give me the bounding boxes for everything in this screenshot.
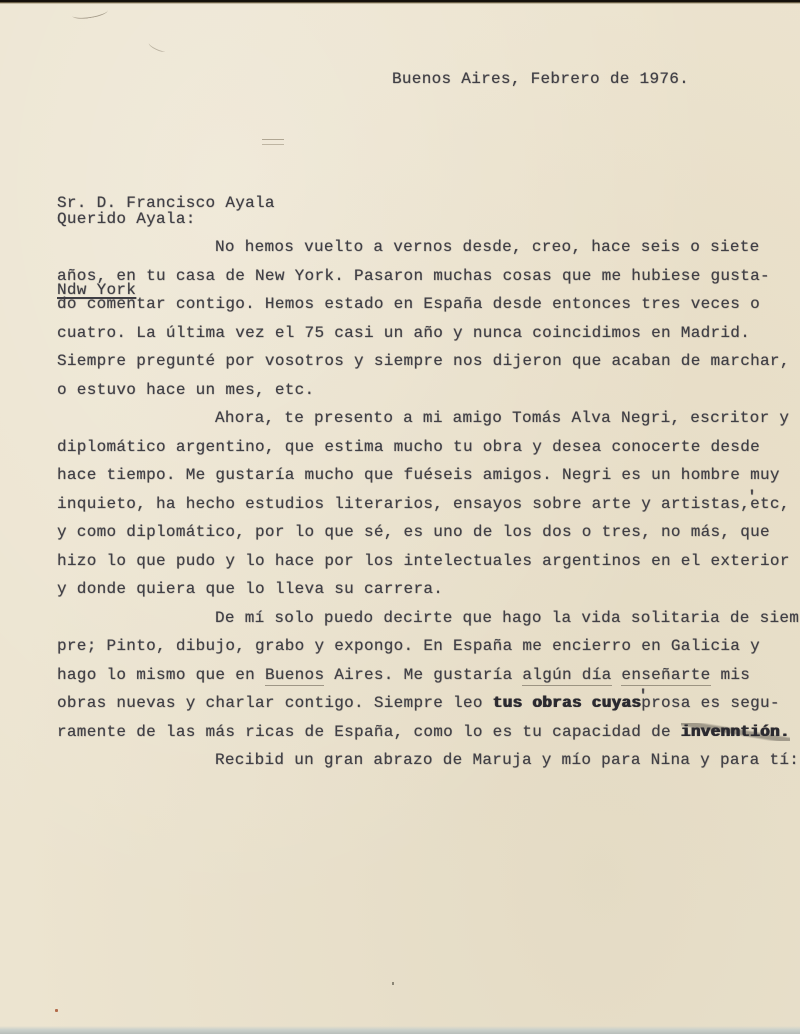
letter-text-segment: tus obras cuyas: [493, 694, 642, 712]
letter-text-segment: hizo lo que pudo y lo hace por los intel…: [57, 552, 790, 570]
letter-text-segment: cuatro. La última vez el 75 casi un año …: [57, 324, 750, 342]
letter-line: Recibid un gran abrazo de Maruja y mío p…: [57, 746, 800, 775]
letter-line: pre; Pinto, dibujo, grabo y expongo. En …: [57, 632, 800, 661]
paper-speck: [55, 1009, 58, 1012]
pencil-mark: [148, 40, 167, 53]
letter-line: No hemos vuelto a vernos desde, creo, ha…: [57, 233, 800, 262]
letter-line: Siempre pregunté por vosotros y siempre …: [57, 347, 800, 376]
letter-line: Ahora, te presento a mi amigo Tomás Alva…: [57, 404, 800, 433]
scan-edge-bottom: [0, 1026, 800, 1034]
letter-text-segment: enseñarte: [621, 666, 710, 686]
letter-text-segment: ramente de las más ricas de España, como…: [57, 723, 681, 741]
letter-line: cuatro. La última vez el 75 casi un año …: [57, 319, 800, 348]
letter-text-segment: hace tiempo. Me gustaría mucho que fuése…: [57, 466, 780, 484]
letter-text-segment: Siempre pregunté por vosotros y siempre …: [57, 352, 790, 370]
letter-line: años, en tu casa de New York. Pasaron mu…: [57, 262, 800, 291]
letter-body: No hemos vuelto a vernos desde, creo, ha…: [57, 233, 800, 775]
letter-text-segment: invenntión.: [681, 723, 790, 741]
letter-text-segment: do comentar contigo. Hemos estado en Esp…: [57, 295, 760, 313]
letter-text-segment: inquieto, ha hecho estudios literarios, …: [57, 495, 750, 513]
letter-sheet: Buenos Aires, Febrero de 1976. Sr. D. Fr…: [0, 0, 800, 1034]
paper-speck: [392, 982, 394, 985]
letter-text-segment: hago lo mismo que en: [57, 666, 265, 684]
letter-line: obras nuevas y charlar contigo. Siempre …: [57, 689, 800, 718]
scan-edge-top: [0, 0, 800, 4]
letter-line: hizo lo que pudo y lo hace por los intel…: [57, 547, 800, 576]
letter-text-segment: Recibid un gran abrazo de Maruja y mío p…: [215, 751, 799, 769]
letter-line: o estuvo hace un mes, etc.: [57, 376, 800, 405]
letter-text-segment: o estuvo hace un mes, etc.: [57, 381, 314, 399]
letter-line: hago lo mismo que en Buenos Aires. Me gu…: [57, 661, 800, 690]
letter-text-segment: Aires. Me gustaría: [324, 666, 522, 684]
pencil-mark: [71, 5, 108, 21]
letter-line: inquieto, ha hecho estudios literarios, …: [57, 490, 800, 519]
letter-line: y como diplomático, por lo que sé, es un…: [57, 518, 800, 547]
letter-text-segment: algún día: [522, 666, 611, 686]
letter-line: ramente de las más ricas de España, como…: [57, 718, 800, 747]
date-line: Buenos Aires, Febrero de 1976.: [392, 65, 689, 94]
letter-line: De mí solo puedo decirte que hago la vid…: [57, 604, 800, 633]
letter-text-segment: y como diplomático, por lo que sé, es un…: [57, 523, 770, 541]
letter-line: y donde quiera que lo lleva su carrera.: [57, 575, 800, 604]
letter-text-segment: [612, 666, 622, 684]
letter-text-segment: años, en tu casa de New York. Pasaron mu…: [57, 267, 770, 285]
letter-line: hace tiempo. Me gustaría mucho que fuése…: [57, 461, 800, 490]
letter-text-segment: De mí solo puedo decirte que hago la vid…: [215, 609, 800, 627]
letter-text-segment: No hemos vuelto a vernos desde, creo, ha…: [215, 238, 760, 256]
letter-text-segment: Buenos: [265, 666, 324, 686]
letter-text-segment: prosa es segu-: [641, 694, 780, 712]
letter-line: diplomático argentino, que estima mucho …: [57, 433, 800, 462]
letter-text-segment: pre; Pinto, dibujo, grabo y expongo. En …: [57, 637, 760, 655]
letter-text-segment: y donde quiera que lo lleva su carrera.: [57, 580, 443, 598]
letter-text-segment: Ahora, te presento a mi amigo Tomás Alva…: [215, 409, 789, 427]
salutation: Querido Ayala:: [57, 205, 196, 234]
letter-text-segment: obras nuevas y charlar contigo. Siempre …: [57, 694, 493, 712]
letter-text-segment: diplomático argentino, que estima mucho …: [57, 438, 760, 456]
letter-line: do comentar contigo. Hemos estado en Esp…: [57, 290, 800, 319]
letter-text-segment: mis: [711, 666, 751, 684]
